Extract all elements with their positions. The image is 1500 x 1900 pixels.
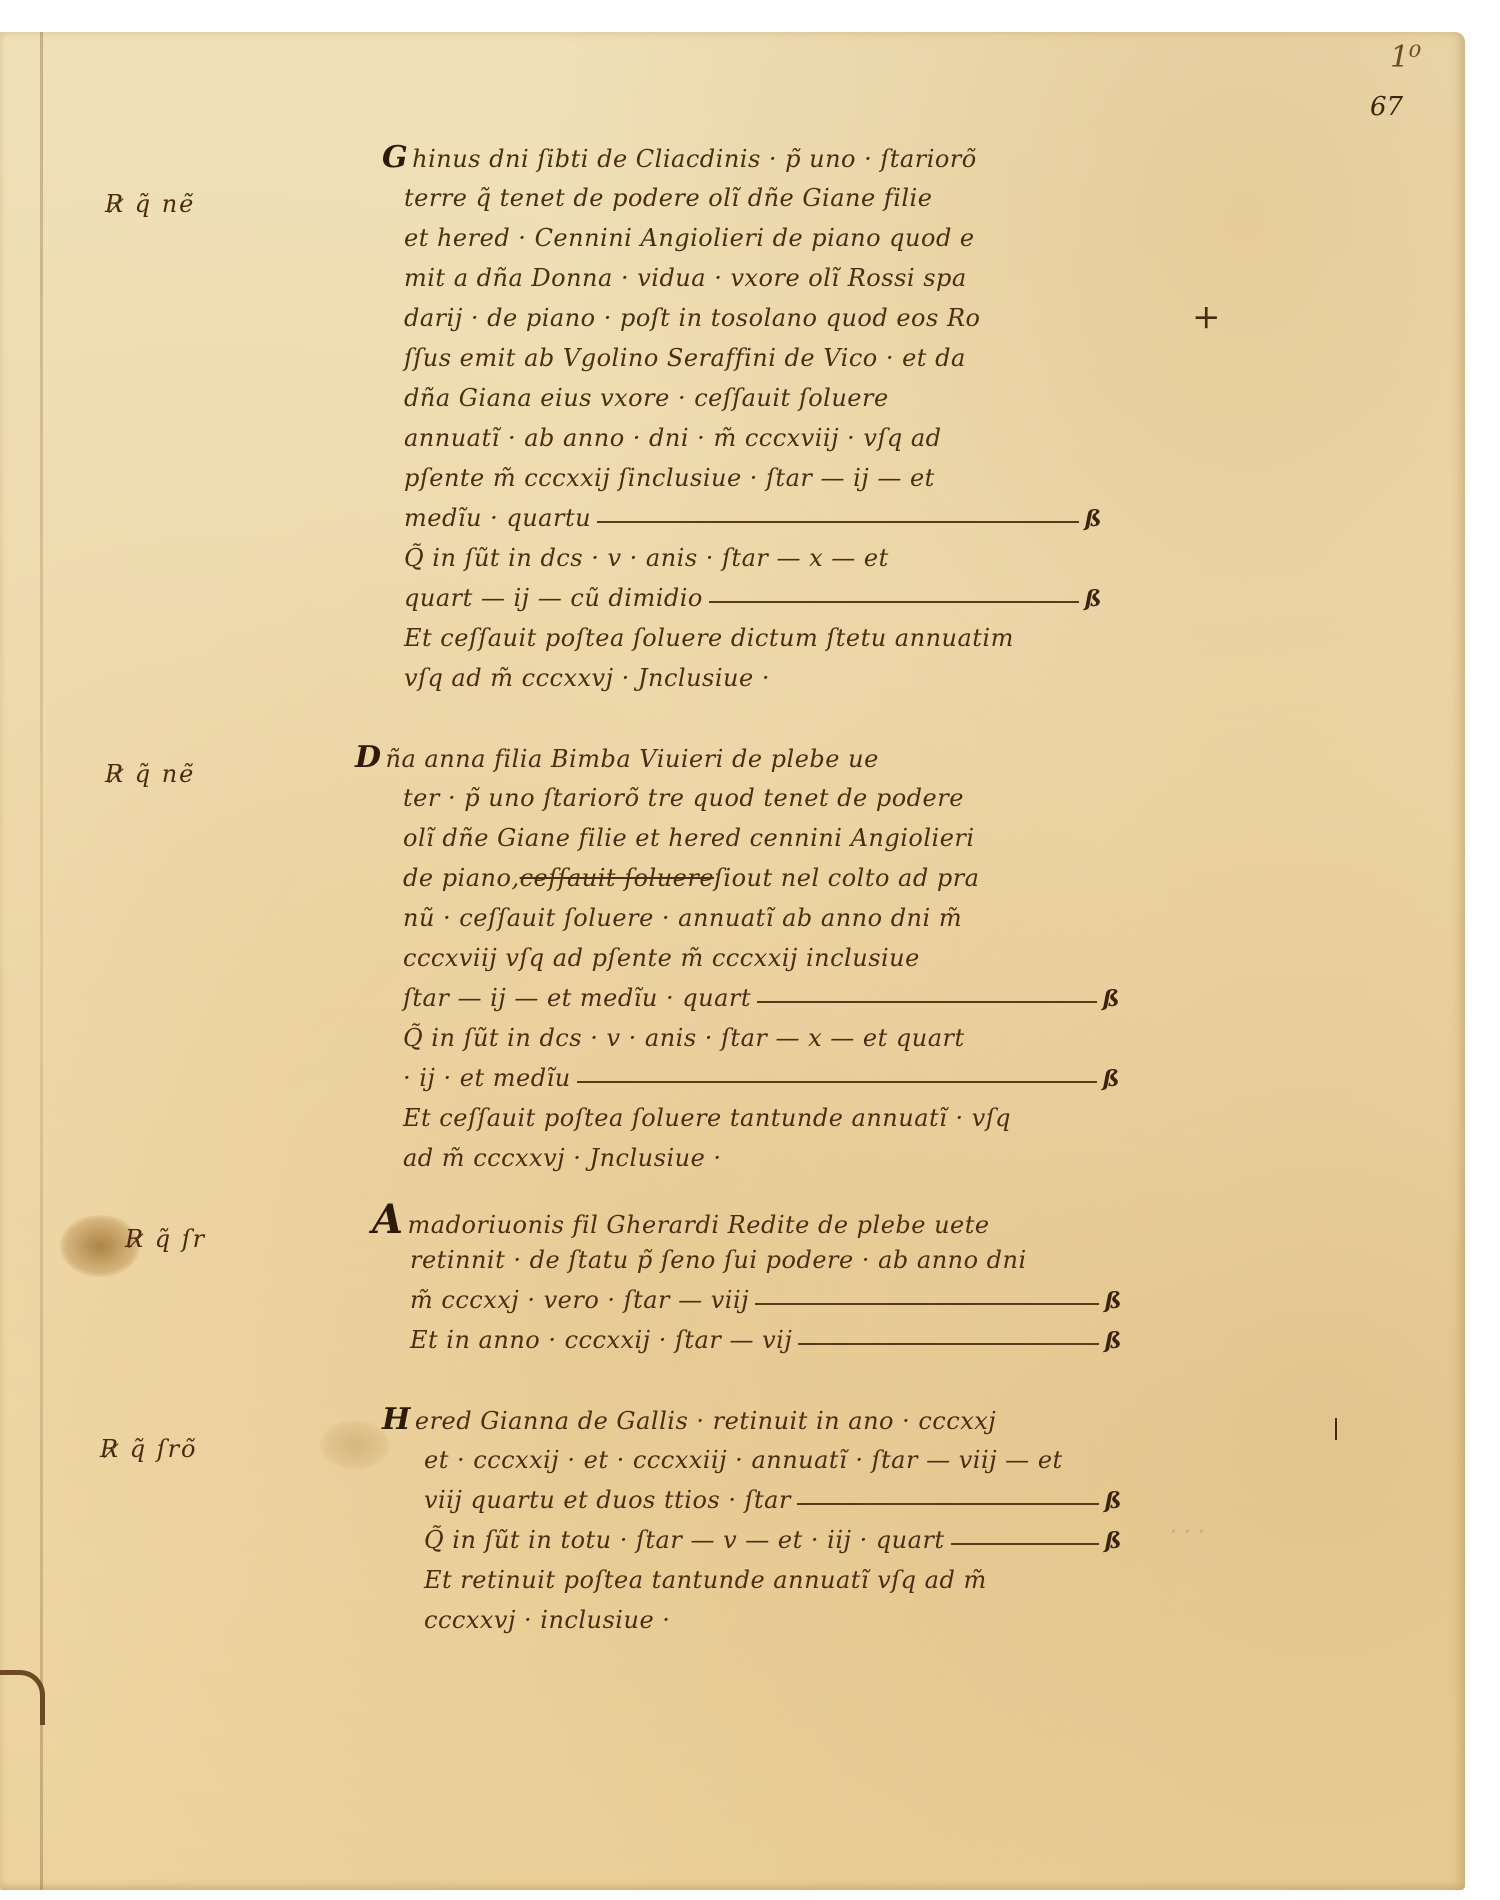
line-text: Q̃ in ſũt in totu · ſtar — v — et · iij … [424,1520,945,1560]
entry-line-total: medĩu · quartu ß [382,498,1102,538]
struck-text: ceſſauit ſoluere [520,858,714,898]
sum-mark: ß [1105,1481,1122,1521]
line-text: pſente m̃ cccxxij ſinclusiue · ſtar — ij… [404,458,935,498]
entry-line: darij · de piano · poſt in tosolano quod… [382,298,1102,338]
line-text: et hered · Cennini Angiolieri de piano q… [404,218,975,258]
line-text: ſtar — ij — et medĩu · quart [403,978,751,1018]
entry-line: retinnit · de ſtatu p̃ ſeno ſui podere ·… [372,1240,1122,1280]
line-text: hinus dni ſibti de Cliacdinis · p̃ uno ·… [412,139,977,179]
line-text: terre q̃ tenet de podere olĩ dñe Giane f… [404,178,932,218]
entry-line: A madoriuonis fil Gherardi Redite de ple… [372,1200,1122,1240]
entry-line: Q̃ in ſũt in dcs · v · anis · ſtar — x —… [355,1018,1120,1058]
entry-3: A madoriuonis fil Gherardi Redite de ple… [372,1200,1122,1360]
entry-line: dña Giana eius vxore · ceſſauit ſoluere [382,378,1102,418]
offset-text-faint: · · · [1170,1520,1205,1545]
line-text: Q̃ in ſũt in dcs · v · anis · ſtar — x —… [403,1018,965,1058]
entry-line-total: m̃ cccxxj · vero · ſtar — viij ß [372,1280,1122,1320]
line-text: et · cccxxij · et · cccxxiij · annuatĩ ·… [424,1440,1063,1480]
entry-line: ter · p̃ uno ſtariorõ tre quod tenet de … [355,778,1120,818]
ruled-line [597,521,1079,523]
marginal-note-3: R̷ q̃ ſr [125,1225,206,1253]
line-text: · ij · et medĩu [403,1058,571,1098]
entry-line: et · cccxxij · et · cccxxiij · annuatĩ ·… [382,1440,1122,1480]
entry-line: D ña anna filia Bimba Viuieri de plebe u… [355,738,1120,778]
sum-mark: ß [1105,1521,1122,1561]
water-stain [320,1420,390,1470]
entry-line: Q̃ in ſũt in dcs · v · anis · ſtar — x —… [382,538,1102,578]
folio-number: 67 [1370,92,1403,122]
binding-fold [40,32,43,1890]
entry-line: cccxxvj · inclusiue · [382,1600,1122,1640]
marginal-note-2: R̷ q̃ nẽ [105,760,195,788]
entry-initial: A [372,1200,404,1240]
entry-line-total: Q̃ in ſũt in totu · ſtar — v — et · iij … [382,1520,1122,1560]
entry-line: olĩ dñe Giane filie et hered cennini Ang… [355,818,1120,858]
line-text: cccxxvj · inclusiue · [424,1600,670,1640]
ruled-line [577,1081,1097,1083]
entry-line: ad m̃ cccxxvj · Jnclusiue · [355,1138,1120,1178]
sum-mark: ß [1085,579,1102,619]
line-text: darij · de piano · poſt in tosolano quod… [404,298,980,338]
sum-mark: ß [1105,1281,1122,1321]
line-text: m̃ cccxxj · vero · ſtar — viij [410,1280,749,1320]
entry-4: H ered Gianna de Gallis · retinuit in an… [382,1400,1122,1640]
ruled-line [951,1543,1099,1545]
line-text: viij quartu et duos ttios · ſtar [424,1480,791,1520]
entry-initial: D [355,738,382,778]
entry-line: de piano, ceſſauit ſoluere ſiout nel col… [355,858,1120,898]
sum-mark: ß [1085,499,1102,539]
margin-tick [1335,1418,1337,1440]
entry-line: G hinus dni ſibti de Cliacdinis · p̃ uno… [382,138,1102,178]
entry-line: Et ceſſauit poſtea ſoluere tantunde annu… [355,1098,1120,1138]
ruled-line [709,601,1079,603]
line-text: dña Giana eius vxore · ceſſauit ſoluere [404,378,889,418]
line-text: Et retinuit poſtea tantunde annuatĩ vſq … [424,1560,987,1600]
marginal-note-1: R̷ q̃ nẽ [105,190,195,218]
line-text: olĩ dñe Giane filie et hered cennini Ang… [403,818,975,858]
entry-1: G hinus dni ſibti de Cliacdinis · p̃ uno… [382,138,1102,698]
marginal-note-4: R̷ q̃ ſrõ [100,1435,198,1463]
entry-line-total: quart — ij — cũ dimidio ß [382,578,1102,618]
ruled-line [798,1343,1099,1345]
entry-line-total: viij quartu et duos ttios · ſtar ß [382,1480,1122,1520]
entry-line: pſente m̃ cccxxij ſinclusiue · ſtar — ij… [382,458,1102,498]
entry-2: D ña anna filia Bimba Viuieri de plebe u… [355,738,1120,1178]
entry-line: Et retinuit poſtea tantunde annuatĩ vſq … [382,1560,1122,1600]
line-text: de piano, [403,858,520,898]
line-text: Et in anno · cccxxij · ſtar — vij [410,1320,792,1360]
line-text: ered Gianna de Gallis · retinuit in ano … [415,1401,996,1441]
line-text: annuatĩ · ab anno · dni · m̃ cccxviij · … [404,418,942,458]
entry-line-total: · ij · et medĩu ß [355,1058,1120,1098]
line-text: retinnit · de ſtatu p̃ ſeno ſui podere ·… [410,1240,1027,1280]
binding-thread [0,1670,45,1725]
ruled-line [755,1303,1099,1305]
line-text: ña anna filia Bimba Viuieri de plebe ue [386,739,879,779]
line-text: medĩu · quartu [404,498,591,538]
line-text: ter · p̃ uno ſtariorõ tre quod tenet de … [403,778,964,818]
entry-initial: H [382,1400,411,1440]
line-text: mit a dña Donna · vidua · vxore olĩ Ross… [404,258,967,298]
line-text: madoriuonis fil Gherardi Redite de plebe… [408,1205,990,1245]
entry-line: terre q̃ tenet de podere olĩ dñe Giane f… [382,178,1102,218]
entry-line: ſſus emit ab Vgolino Seraffini de Vico ·… [382,338,1102,378]
entry-line: vſq ad m̃ cccxxvj · Jnclusiue · [382,658,1102,698]
entry-initial: G [382,138,408,178]
entry-line: et hered · Cennini Angiolieri de piano q… [382,218,1102,258]
line-text: ad m̃ cccxxvj · Jnclusiue · [403,1138,722,1178]
sum-mark: ß [1103,979,1120,1019]
entry-line-total: Et in anno · cccxxij · ſtar — vij ß [372,1320,1122,1360]
cross-mark: + [1192,300,1221,334]
line-text: cccxviij vſq ad pſente m̃ cccxxij inclus… [403,938,920,978]
ruled-line [757,1001,1097,1003]
line-text: Q̃ in ſũt in dcs · v · anis · ſtar — x —… [404,538,889,578]
folio-top-mark: 1⁰ [1390,40,1421,75]
sum-mark: ß [1105,1321,1122,1361]
entry-line: nũ · ceſſauit ſoluere · annuatĩ ab anno … [355,898,1120,938]
line-text: Et ceſſauit poſtea ſoluere tantunde annu… [403,1098,1011,1138]
line-text: Et ceſſauit poſtea ſoluere dictum ſtetu … [404,618,1014,658]
line-text: ſiout nel colto ad pra [714,858,979,898]
entry-line: annuatĩ · ab anno · dni · m̃ cccxviij · … [382,418,1102,458]
entry-line: cccxviij vſq ad pſente m̃ cccxxij inclus… [355,938,1120,978]
entry-line-total: ſtar — ij — et medĩu · quart ß [355,978,1120,1018]
ruled-line [797,1503,1099,1505]
entry-line: Et ceſſauit poſtea ſoluere dictum ſtetu … [382,618,1102,658]
sum-mark: ß [1103,1059,1120,1099]
line-text: quart — ij — cũ dimidio [404,578,703,618]
entry-line: mit a dña Donna · vidua · vxore olĩ Ross… [382,258,1102,298]
line-text: nũ · ceſſauit ſoluere · annuatĩ ab anno … [403,898,962,938]
entry-line: H ered Gianna de Gallis · retinuit in an… [382,1400,1122,1440]
line-text: vſq ad m̃ cccxxvj · Jnclusiue · [404,658,770,698]
line-text: ſſus emit ab Vgolino Seraffini de Vico ·… [404,338,966,378]
